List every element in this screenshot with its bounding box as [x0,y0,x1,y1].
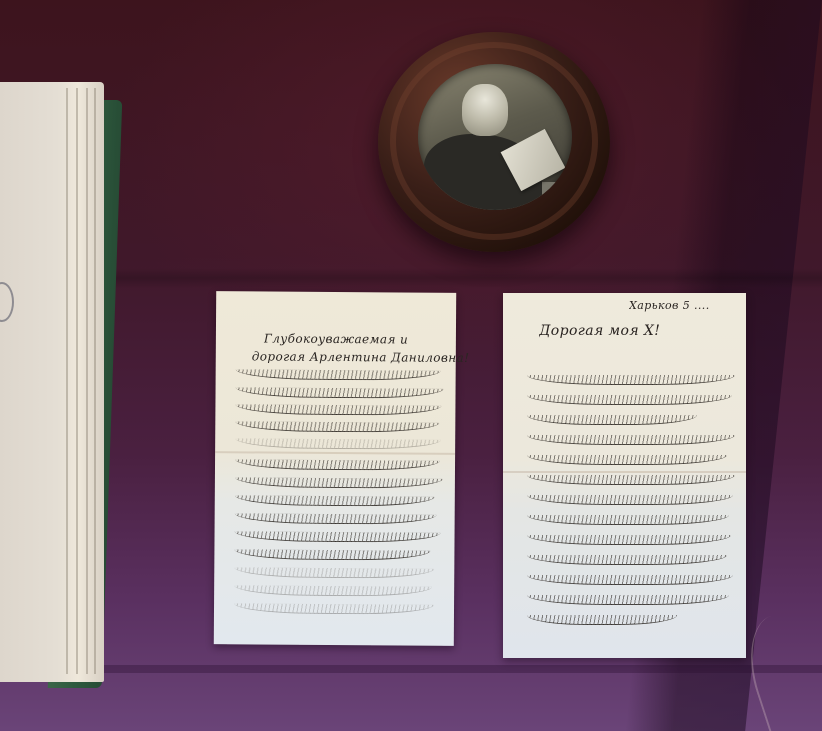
letter-greeting: Дорогая моя Х! [539,323,660,339]
portrait-photo [418,64,572,210]
page-edge [86,88,88,674]
letter-right: Харьков 5 .... Дорогая моя Х! [503,293,746,658]
page-edge [94,88,96,674]
handwriting-line [235,495,435,506]
handwriting-line [235,421,439,432]
handwriting-line [527,415,697,425]
letter-date: Харьков 5 .... [629,299,710,312]
handwriting-line [527,475,735,485]
handwriting-line [527,535,731,545]
handwriting-line [527,375,735,385]
handwriting-line [234,585,432,596]
handwriting-line [235,438,441,449]
handwriting-line [527,595,729,605]
stamp-seal-icon [0,282,14,322]
back-panel-ledge [0,268,822,288]
handwriting-line [235,404,441,415]
handwriting-line [234,531,440,542]
letter-line: Глубокоуважаемая и [264,332,408,347]
page-edge [76,88,78,674]
book-pages [0,82,104,682]
handwriting-line [527,615,677,625]
handwriting-line [527,435,735,445]
handwriting-line [234,549,430,560]
framed-portrait [378,32,610,252]
handwriting-line [235,387,443,398]
handwriting-line [235,459,440,470]
handwriting-line [527,495,733,505]
handwriting-line [235,513,437,524]
handwriting-line [235,477,443,488]
fold-line [503,471,746,473]
letter-left: Глубокоуважаемая и дорогая Арлентина Дан… [214,291,456,646]
handwriting-line [527,395,732,405]
photo-figure-head [462,84,508,136]
handwriting-line [527,515,729,525]
letter-line: дорогая Арлентина Даниловна! [252,349,470,365]
handwriting-line [234,603,434,614]
handwriting-line [234,567,434,578]
handwriting-line [236,369,441,380]
handwriting-line [527,455,727,465]
handwriting-line [527,555,727,565]
handwriting-line [527,575,733,585]
page-edge [66,88,68,674]
open-book [0,82,112,688]
floor-ledge [0,665,822,673]
fold-line [215,451,455,455]
